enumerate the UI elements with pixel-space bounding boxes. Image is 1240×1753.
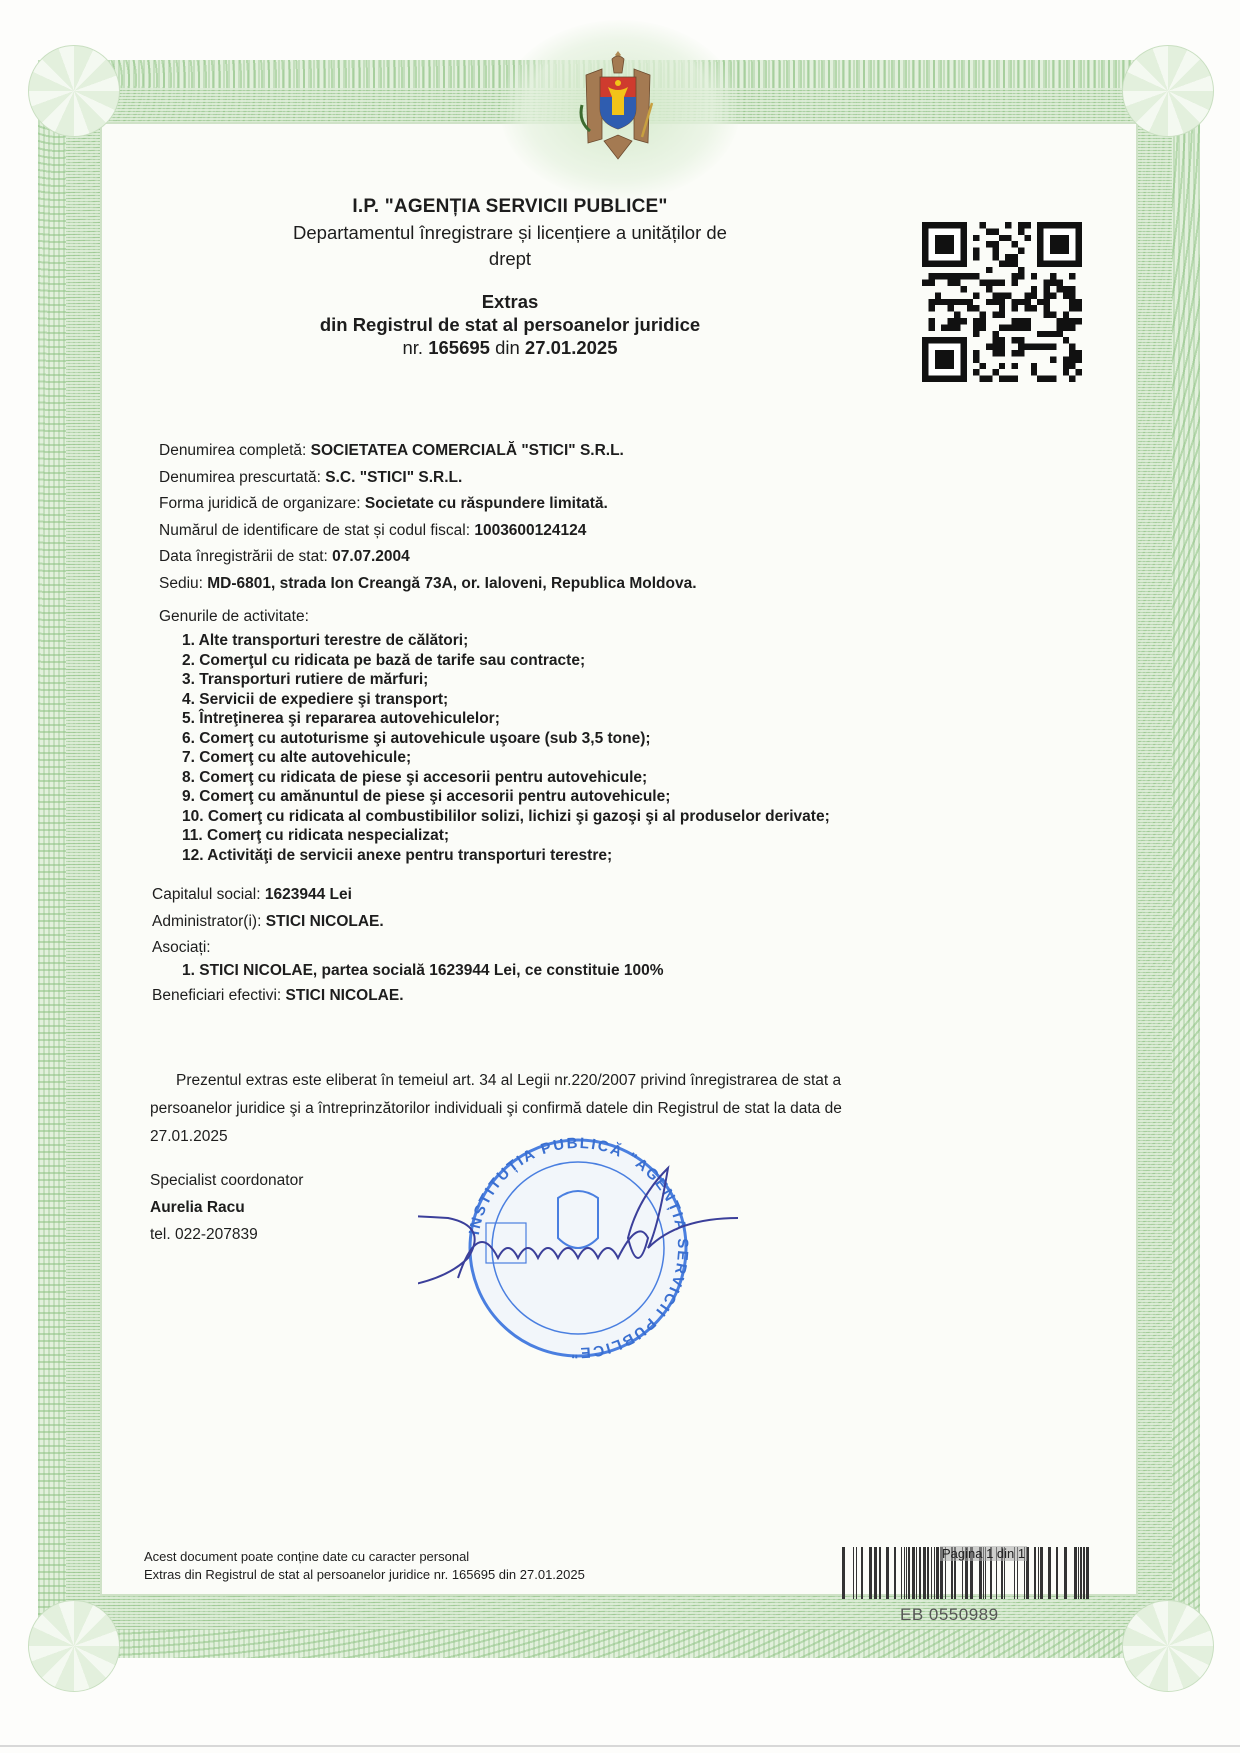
page-indicator: Pagina 1 din 1	[940, 1546, 1027, 1561]
legal-line-2: persoanelor juridice şi a întreprinzător…	[150, 1095, 1060, 1123]
capital-admin-fields: Capitalul social: 1623944 Lei Administra…	[152, 882, 384, 962]
legal-line-1-text: Prezentul extras este eliberat în temeiu…	[176, 1072, 841, 1089]
scan-edge	[0, 1745, 1240, 1747]
document-page: I.P. "AGENȚIA SERVICII PUBLICE" Departam…	[0, 0, 1240, 1753]
official-stamp-icon: INSTITUȚIA PUBLICĂ "AGENȚIA SERVICII PUB…	[418, 1128, 738, 1368]
field-label: Data înregistrării de stat:	[159, 548, 328, 565]
field-label: Numărul de identificare de stat și codul…	[159, 522, 470, 539]
field-row: Numărul de identificare de stat și codul…	[159, 518, 697, 545]
activity-item: 5. Întreţinerea şi repararea autovehicul…	[182, 709, 830, 729]
rosette-corner-icon	[1122, 45, 1214, 137]
nr-prefix: nr.	[402, 337, 423, 358]
field-label: Denumirea completă:	[159, 442, 306, 459]
document-type: Extras	[200, 291, 820, 313]
specialist-block: Specialist coordonator Aurelia Racu tel.…	[150, 1167, 303, 1248]
associate-item: 1. STICI NICOLAE, partea socială 1623944…	[182, 960, 664, 982]
activity-item: 12. Activităţi de servicii anexe pentru …	[182, 846, 830, 866]
registry-name: din Registrul de stat al persoanelor jur…	[200, 313, 820, 337]
serial-number: EB 0550989	[900, 1605, 999, 1625]
associates-label: Asociați:	[152, 935, 384, 962]
capital-label: Capitalul social:	[152, 886, 261, 903]
moldova-coat-of-arms-icon	[578, 45, 658, 165]
document-number: nr. 165695 din 27.01.2025	[200, 337, 820, 359]
beneficiaries-field: Beneficiari efectivi: STICI NICOLAE.	[152, 985, 404, 1007]
administrator-label: Administrator(i):	[152, 913, 261, 930]
capital-value: 1623944 Lei	[265, 886, 352, 903]
department-name: Departamentul înregistrare și licențiere…	[200, 220, 820, 272]
field-value: Societate cu răspundere limitată.	[365, 495, 608, 512]
department-line-2: drept	[200, 246, 820, 272]
rosette-corner-icon	[1122, 1600, 1214, 1692]
field-label: Denumirea prescurtată:	[159, 469, 321, 486]
activity-item: 9. Comerţ cu amănuntul de piese şi acces…	[182, 787, 830, 807]
specialist-phone: tel. 022-207839	[150, 1221, 303, 1248]
date-value: 27.01.2025	[525, 337, 618, 358]
department-line-1: Departamentul înregistrare și licențiere…	[200, 220, 820, 246]
capital-field: Capitalul social: 1623944 Lei	[152, 882, 384, 909]
beneficiaries-value: STICI NICOLAE.	[286, 987, 404, 1004]
activity-item: 2. Comerţul cu ridicata pe bază de tarif…	[182, 651, 830, 671]
field-row: Sediu: MD-6801, strada Ion Creangă 73A, …	[159, 571, 697, 598]
administrator-field: Administrator(i): STICI NICOLAE.	[152, 909, 384, 936]
nr-value: 165695	[428, 337, 490, 358]
rosette-corner-icon	[28, 45, 120, 137]
date-prefix: din	[495, 337, 520, 358]
signature-icon	[418, 1216, 475, 1291]
specialist-name: Aurelia Racu	[150, 1194, 303, 1221]
field-row: Forma juridică de organizare: Societate …	[159, 491, 697, 518]
footer-privacy-notice: Acest document poate conține date cu car…	[144, 1548, 585, 1566]
activity-item: 8. Comerţ cu ridicata de piese şi acceso…	[182, 768, 830, 788]
specialist-title: Specialist coordonator	[150, 1167, 303, 1194]
field-row: Denumirea prescurtată: S.C. "STICI" S.R.…	[159, 465, 697, 492]
document-header: I.P. "AGENȚIA SERVICII PUBLICE" Departam…	[200, 196, 820, 359]
activity-item: 3. Transporturi rutiere de mărfuri;	[182, 670, 830, 690]
company-fields: Denumirea completă: SOCIETATEA COMERCIAL…	[159, 438, 697, 597]
activity-item: 6. Comerţ cu autoturisme şi autovehicule…	[182, 729, 830, 749]
field-label: Sediu:	[159, 575, 203, 592]
administrator-value: STICI NICOLAE.	[266, 913, 384, 930]
activity-item: 1. Alte transporturi terestre de călător…	[182, 631, 830, 651]
field-value: SOCIETATEA COMERCIALĂ "STICI" S.R.L.	[311, 442, 624, 459]
rosette-corner-icon	[28, 1600, 120, 1692]
field-row: Data înregistrării de stat: 07.07.2004	[159, 544, 697, 571]
field-value: S.C. "STICI" S.R.L.	[325, 469, 462, 486]
activity-item: 11. Comerţ cu ridicata nespecializat;	[182, 826, 830, 846]
field-value: 07.07.2004	[332, 548, 410, 565]
activities-list: 1. Alte transporturi terestre de călător…	[182, 631, 830, 865]
field-row: Denumirea completă: SOCIETATEA COMERCIAL…	[159, 438, 697, 465]
field-label: Forma juridică de organizare:	[159, 495, 361, 512]
legal-line-1: Prezentul extras este eliberat în temeiu…	[150, 1067, 1060, 1095]
field-value: 1003600124124	[474, 522, 586, 539]
field-value: MD-6801, strada Ion Creangă 73A, or. Ial…	[207, 575, 696, 592]
activity-item: 7. Comerţ cu alte autovehicule;	[182, 748, 830, 768]
beneficiaries-label: Beneficiari efectivi:	[152, 987, 281, 1004]
document-footer: Acest document poate conține date cu car…	[144, 1548, 585, 1584]
agency-name: I.P. "AGENȚIA SERVICII PUBLICE"	[200, 196, 820, 218]
qr-code-icon[interactable]	[922, 222, 1082, 382]
activity-item: 10. Comerţ cu ridicata al combustibililo…	[182, 807, 830, 827]
activity-item: 4. Servicii de expediere şi transport;	[182, 690, 830, 710]
activities-label: Genurile de activitate:	[159, 608, 309, 626]
footer-reference: Extras din Registrul de stat al persoane…	[144, 1566, 585, 1584]
